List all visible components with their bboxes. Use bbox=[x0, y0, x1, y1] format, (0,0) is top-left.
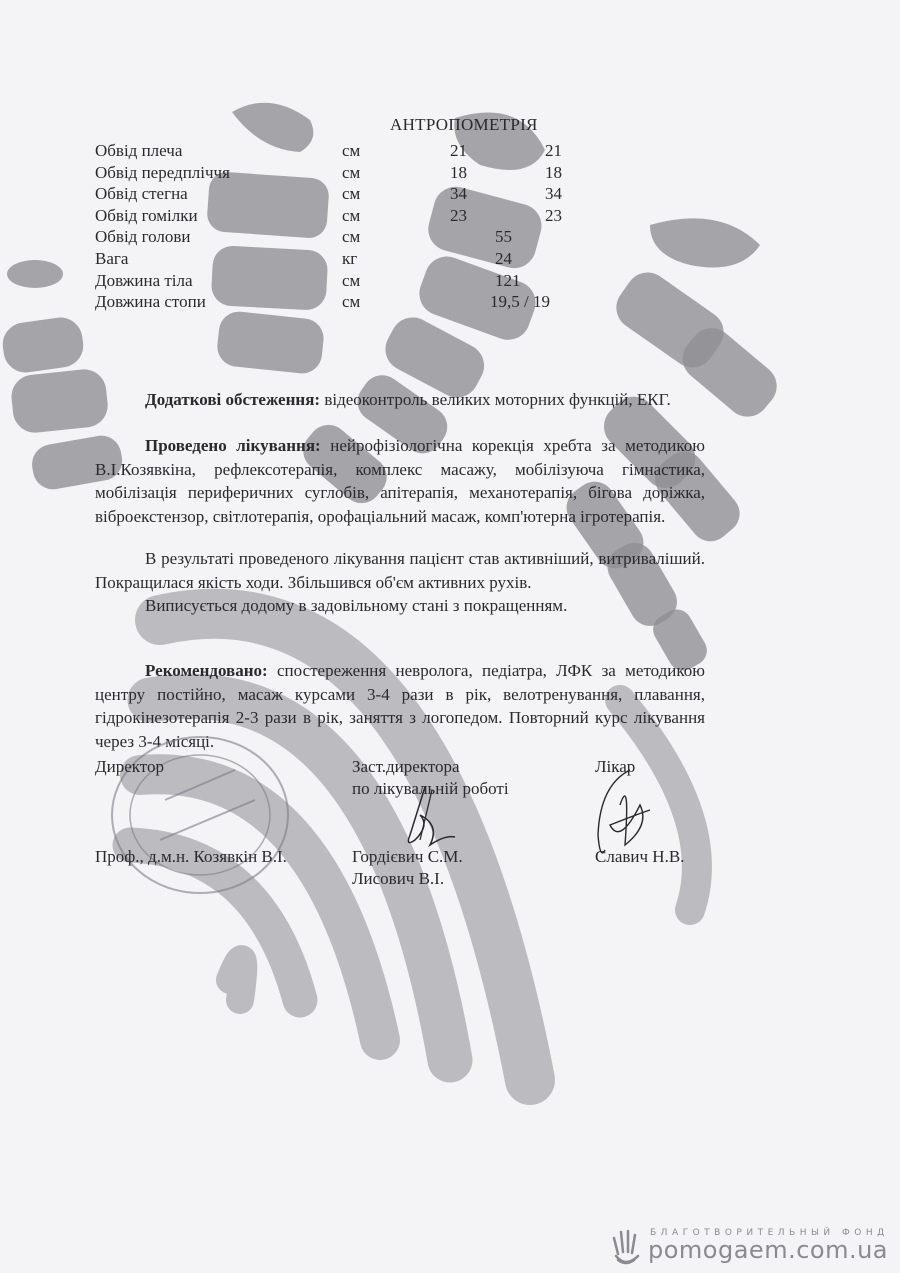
treatment-heading: Проведено лікування: bbox=[145, 436, 321, 455]
deputy-title-1: Заст.директора bbox=[352, 755, 460, 778]
row-label: Вага bbox=[95, 248, 128, 270]
document-page: АНТРОПОМЕТРІЯ Обвід плеча см 21 21 Обвід… bbox=[0, 0, 900, 1273]
footer-site: pomogaem.com.ua bbox=[648, 1236, 888, 1264]
row-unit: кг bbox=[342, 248, 357, 270]
row-value-right: 23 bbox=[545, 205, 562, 227]
row-value-left: 23 bbox=[450, 205, 467, 227]
row-unit: см bbox=[342, 162, 360, 184]
row-unit: см bbox=[342, 270, 360, 292]
table-row: Довжина тіла см 121 bbox=[95, 270, 575, 292]
row-label: Довжина стопи bbox=[95, 291, 206, 313]
row-unit: см bbox=[342, 205, 360, 227]
additional-exams: Додаткові обстеження: відеоконтроль вели… bbox=[95, 388, 705, 412]
exams-heading: Додаткові обстеження: bbox=[145, 390, 320, 409]
treatment-section: Проведено лікування: нейрофізіологічна к… bbox=[95, 434, 705, 528]
row-label: Обвід передпліччя bbox=[95, 162, 230, 184]
recommended-heading: Рекомендовано: bbox=[145, 661, 268, 680]
deputy-name-2: Лисович В.І. bbox=[352, 867, 444, 890]
table-row: Довжина стопи см 19,5 / 19 bbox=[95, 291, 575, 313]
row-value-left: 34 bbox=[450, 183, 467, 205]
row-value: 24 bbox=[495, 248, 512, 270]
row-value-left: 18 bbox=[450, 162, 467, 184]
row-value-right: 18 bbox=[545, 162, 562, 184]
row-value-left: 21 bbox=[450, 140, 467, 162]
row-unit: см bbox=[342, 226, 360, 248]
row-label: Обвід стегна bbox=[95, 183, 188, 205]
row-unit: см bbox=[342, 140, 360, 162]
row-value: 55 bbox=[495, 226, 512, 248]
row-value-right: 34 bbox=[545, 183, 562, 205]
row-unit: см bbox=[342, 183, 360, 205]
row-value: 19,5 / 19 bbox=[490, 291, 550, 313]
table-row: Обвід гомілки см 23 23 bbox=[95, 205, 575, 227]
anthropometry-title: АНТРОПОМЕТРІЯ bbox=[390, 115, 538, 135]
table-row: Вага кг 24 bbox=[95, 248, 575, 270]
hand-print-icon bbox=[608, 1226, 644, 1270]
table-row: Обвід голови см 55 bbox=[95, 226, 575, 248]
row-label: Обвід гомілки bbox=[95, 205, 198, 227]
row-value: 121 bbox=[495, 270, 521, 292]
table-row: Обвід плеча см 21 21 bbox=[95, 140, 575, 162]
row-unit: см bbox=[342, 291, 360, 313]
result-paragraph: В результаті проведеного лікування паціє… bbox=[95, 547, 705, 594]
director-name: Проф., д.м.н. Козявкін В.І. bbox=[95, 845, 287, 868]
discharge-paragraph: Виписується додому в задовільному стані … bbox=[95, 594, 705, 618]
row-label: Довжина тіла bbox=[95, 270, 193, 292]
director-title: Директор bbox=[95, 755, 164, 778]
deputy-signature bbox=[390, 785, 460, 855]
table-row: Обвід стегна см 34 34 bbox=[95, 183, 575, 205]
exams-text: відеоконтроль великих моторних функцій, … bbox=[320, 390, 671, 409]
row-value-right: 21 bbox=[545, 140, 562, 162]
row-label: Обвід плеча bbox=[95, 140, 182, 162]
doctor-signature bbox=[590, 765, 670, 865]
anthropometry-table: Обвід плеча см 21 21 Обвід передпліччя с… bbox=[95, 140, 575, 313]
table-row: Обвід передпліччя см 18 18 bbox=[95, 162, 575, 184]
row-label: Обвід голови bbox=[95, 226, 191, 248]
